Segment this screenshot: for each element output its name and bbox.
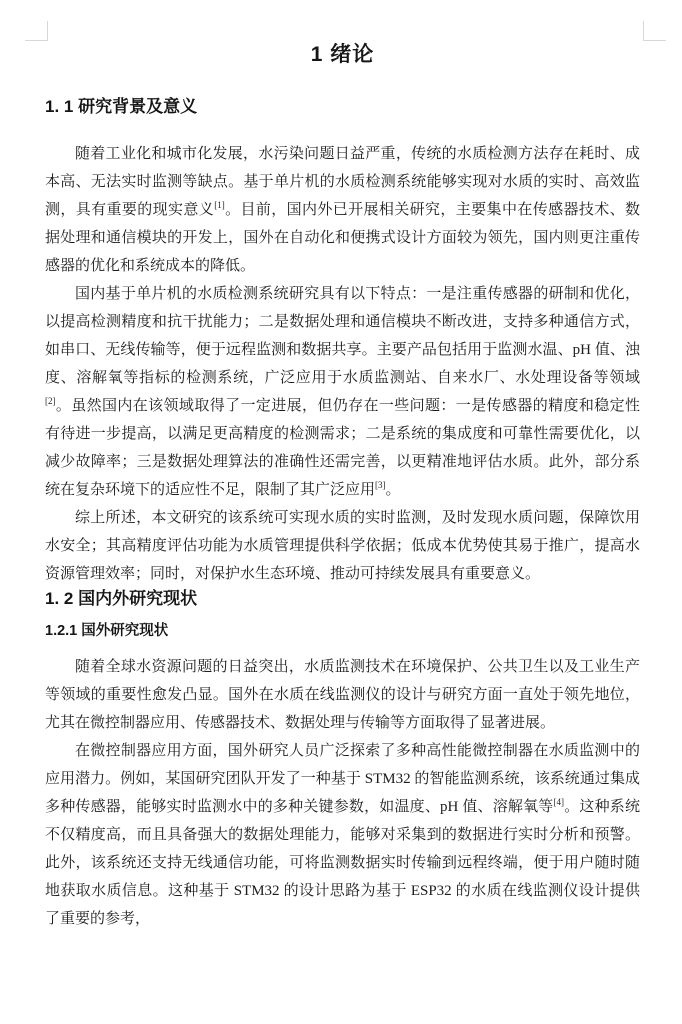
document-page: 1 绪论 1. 1 研究背景及意义 随着工业化和城市化发展，水污染问题日益严重，…	[0, 0, 682, 1024]
text-run: 随着全球水资源问题的日益突出，水质监测技术在环境保护、公共卫生以及工业生产等领域…	[45, 659, 640, 731]
text-run: 。虽然国内在该领域取得了一定进展，但仍存在一些问题：一是传感器的精度和稳定性有待…	[45, 398, 640, 498]
text-run: 。	[386, 482, 401, 498]
chapter-title: 1 绪论	[45, 42, 640, 68]
text-run: 综上所述，本文研究的该系统可实现水质的实时监测，及时发现水质问题，保障饮用水安全…	[45, 510, 640, 582]
subsection-heading-1-2-1: 1.2.1 国外研究现状	[45, 621, 640, 641]
paragraph-background-1: 随着工业化和城市化发展，水污染问题日益严重，传统的水质检测方法存在耗时、成本高、…	[45, 140, 640, 280]
paragraph-background-3: 综上所述，本文研究的该系统可实现水质的实时监测，及时发现水质问题，保障饮用水安全…	[45, 504, 640, 588]
paragraph-foreign-status-2: 在微控制器应用方面，国外研究人员广泛探索了多种高性能微控制器在水质监测中的应用潜…	[45, 737, 640, 933]
citation-superscript: [4]	[554, 797, 565, 807]
text-run: 在微控制器应用方面，国外研究人员广泛探索了多种高性能微控制器在水质监测中的应用潜…	[45, 743, 640, 815]
section-heading-1-1: 1. 1 研究背景及意义	[45, 96, 640, 118]
paragraph-foreign-status-1: 随着全球水资源问题的日益突出，水质监测技术在环境保护、公共卫生以及工业生产等领域…	[45, 653, 640, 737]
citation-superscript: [1]	[214, 200, 225, 210]
text-run: 。这种系统不仅精度高，而且具备强大的数据处理能力，能够对采集到的数据进行实时分析…	[45, 799, 640, 927]
page-content: 1 绪论 1. 1 研究背景及意义 随着工业化和城市化发展，水污染问题日益严重，…	[0, 42, 682, 933]
text-run: 国内基于单片机的水质检测系统研究具有以下特点：一是注重传感器的研制和优化，以提高…	[45, 286, 640, 386]
citation-superscript: [2]	[45, 396, 56, 406]
margin-crop-mark-top-right	[643, 21, 666, 41]
section-heading-1-2: 1. 2 国内外研究现状	[45, 588, 640, 610]
citation-superscript: [3]	[375, 480, 386, 490]
paragraph-background-2: 国内基于单片机的水质检测系统研究具有以下特点：一是注重传感器的研制和优化，以提高…	[45, 280, 640, 504]
margin-crop-mark-top-left	[25, 21, 48, 41]
